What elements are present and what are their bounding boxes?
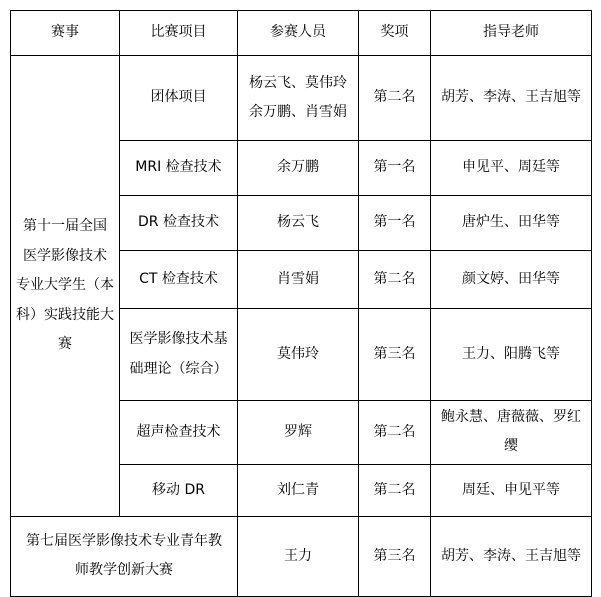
cell-participants: 王力 (238, 516, 359, 596)
cell-advisors: 鲍永慧、唐薇薇、罗红缨 (431, 401, 592, 465)
cell-advisors: 唐炉生、田华等 (431, 196, 592, 251)
cell-award: 第一名 (359, 141, 431, 196)
cell-award: 第二名 (359, 401, 431, 465)
header-cell-event: 赛事 (11, 11, 120, 56)
table-row: 第十一届全国 医学影像技术 专业大学生（本 科）实践技能大 赛 团体项目 杨云飞… (11, 56, 592, 141)
cell-participants: 莫伟玲 (238, 309, 359, 401)
cell-advisors: 胡芳、李涛、王吉旭等 (431, 56, 592, 141)
cell-award: 第一名 (359, 196, 431, 251)
cell-project: MRI 检查技术 (120, 141, 238, 196)
cell-participants: 杨云飞、莫伟玲 余万鹏、肖雪娟 (238, 56, 359, 141)
cell-advisors: 胡芳、李涛、王吉旭等 (431, 516, 592, 596)
cell-award: 第二名 (359, 464, 431, 516)
cell-participants: 刘仁青 (238, 464, 359, 516)
cell-participants: 余万鹏 (238, 141, 359, 196)
header-row: 赛事 比赛项目 参赛人员 奖项 指导老师 (11, 11, 592, 56)
header-cell-award: 奖项 (359, 11, 431, 56)
cell-advisors: 颜文婷、田华等 (431, 251, 592, 309)
event2-name-cell: 第七届医学影像技术专业青年教 师教学创新大赛 (11, 516, 238, 596)
header-cell-advisors: 指导老师 (431, 11, 592, 56)
cell-award: 第三名 (359, 309, 431, 401)
awards-table: 赛事 比赛项目 参赛人员 奖项 指导老师 第十一届全国 医学影像技术 专业大学生… (10, 10, 592, 597)
cell-award: 第二名 (359, 56, 431, 141)
cell-participants: 肖雪娟 (238, 251, 359, 309)
header-cell-participants: 参赛人员 (238, 11, 359, 56)
cell-participants: 罗辉 (238, 401, 359, 465)
cell-project: 移动 DR (120, 464, 238, 516)
cell-project: DR 检查技术 (120, 196, 238, 251)
cell-participants: 杨云飞 (238, 196, 359, 251)
cell-project: 超声检查技术 (120, 401, 238, 465)
cell-project: 团体项目 (120, 56, 238, 141)
cell-advisors: 王力、阳腾飞等 (431, 309, 592, 401)
cell-project: CT 检查技术 (120, 251, 238, 309)
event1-name-cell: 第十一届全国 医学影像技术 专业大学生（本 科）实践技能大 赛 (11, 56, 120, 517)
cell-award: 第二名 (359, 251, 431, 309)
cell-project: 医学影像技术基 础理论（综合） (120, 309, 238, 401)
cell-advisors: 申见平、周廷等 (431, 141, 592, 196)
table-row: 第七届医学影像技术专业青年教 师教学创新大赛 王力 第三名 胡芳、李涛、王吉旭等 (11, 516, 592, 596)
header-cell-project: 比赛项目 (120, 11, 238, 56)
page: 赛事 比赛项目 参赛人员 奖项 指导老师 第十一届全国 医学影像技术 专业大学生… (0, 0, 601, 593)
cell-award: 第三名 (359, 516, 431, 596)
cell-advisors: 周廷、申见平等 (431, 464, 592, 516)
